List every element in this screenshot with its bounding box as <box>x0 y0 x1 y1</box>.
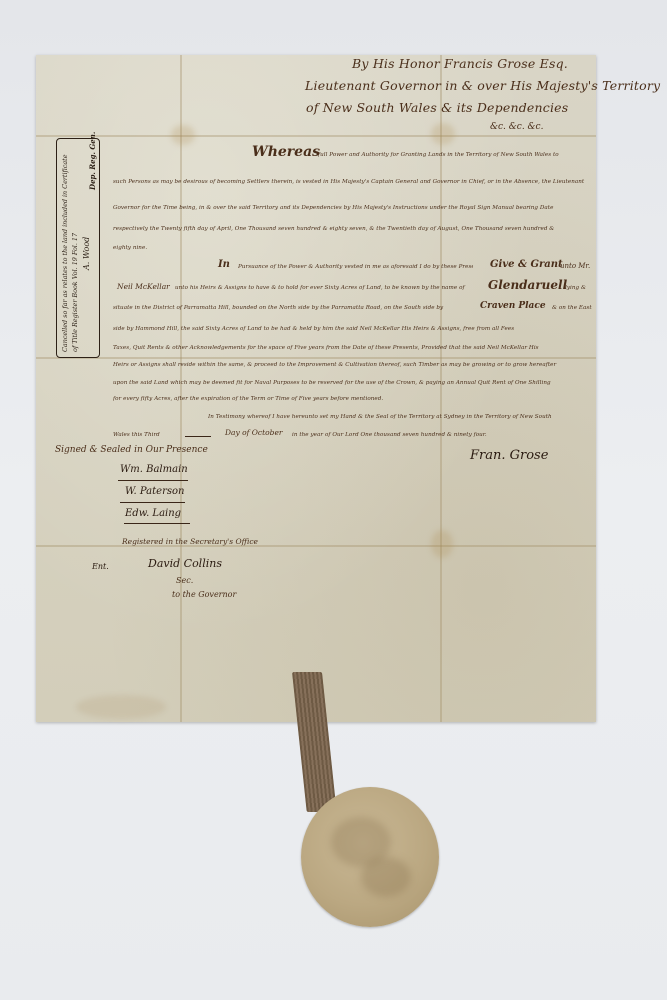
stain <box>431 530 453 558</box>
blank-line <box>185 436 211 437</box>
body-line: unto his Heirs & Assigns to have & to ho… <box>175 285 475 291</box>
stain <box>431 123 455 145</box>
craven-place: Craven Place <box>480 301 546 311</box>
body-line: such Persons as may be desirous of becom… <box>113 179 593 185</box>
give-grant: Give & Grant <box>490 259 563 270</box>
header-line-3: of New South Wales & its Dependencies <box>306 100 568 115</box>
signed-sealed-label: Signed & Sealed in Our Presence <box>55 445 208 455</box>
marginal-mark: Ent. <box>92 562 109 571</box>
witness-signature-2: W. Paterson <box>125 486 184 497</box>
body-line: in the year of Our Lord One thousand sev… <box>292 432 522 438</box>
body-line: side by Hammond Hill, the said Sixty Acr… <box>113 326 593 332</box>
registered-label: Registered in the Secretary's Office <box>122 537 258 546</box>
body-line: Governor for the Time being, in & over t… <box>113 205 593 211</box>
fold-line <box>36 357 596 359</box>
stain <box>76 695 166 719</box>
secretary-signature: David Collins <box>148 557 222 570</box>
body-line: Heirs or Assigns shall reside within the… <box>113 362 593 368</box>
witness-signature-1: Wm. Balmain <box>120 464 188 475</box>
body-line: Pursuance of the Power & Authority veste… <box>238 264 473 270</box>
body-line: respectively the Twenty fifth day of Apr… <box>113 226 593 232</box>
fold-line <box>180 55 182 722</box>
body-line: eighty nine. <box>113 245 213 251</box>
witness-signature-3: Edw. Laing <box>125 508 181 519</box>
margin-note-signature: A. Wood <box>82 237 91 270</box>
signature-flourish <box>118 480 188 481</box>
in-word: In <box>218 259 230 270</box>
margin-note-title: Dep. Reg. Gen. <box>88 132 97 190</box>
whereas-word: Whereas <box>252 144 320 160</box>
fold-line <box>36 135 596 137</box>
body-line: for every fifty Acres, after the expirat… <box>113 396 413 402</box>
margin-note-line-2: of Title Register Book Vol. 19 Fol. 17 <box>71 233 79 352</box>
body-line: lying & <box>565 285 595 291</box>
header-line-2: Lieutenant Governor in & over His Majest… <box>305 78 660 93</box>
secretary-title: Sec. <box>176 576 193 585</box>
to-mr: unto Mr. <box>560 262 590 270</box>
body-line: Taxes, Quit Rents & other Acknowledgemen… <box>113 345 593 351</box>
body-line: & on the East <box>552 305 594 311</box>
grantee-name: Neil McKellar <box>117 282 170 291</box>
margin-note-line-1: Cancelled so far as relates to the land … <box>61 154 69 352</box>
header-etc: &c. &c. &c. <box>490 122 543 132</box>
header-line-1: By His Honor Francis Grose Esq. <box>352 56 568 71</box>
stain <box>171 125 195 145</box>
day-of-month: Day of October <box>225 428 282 437</box>
body-line: situate in the District of Parramatta Hi… <box>113 305 483 311</box>
body-line: Wales this Third <box>113 432 188 438</box>
signature-flourish <box>124 523 190 524</box>
wax-seal <box>301 787 439 927</box>
signature-flourish <box>120 502 185 503</box>
seal-impression <box>361 857 411 897</box>
body-line: In Testimony whereof I have hereunto set… <box>208 414 593 420</box>
body-line: full Power and Authority for Granting La… <box>318 152 593 158</box>
for-governor-label: to the Governor <box>172 590 236 599</box>
governor-signature: Fran. Grose <box>470 448 548 463</box>
body-line: upon the said Land which may be deemed f… <box>113 380 593 386</box>
fold-line <box>36 545 596 547</box>
estate-name: Glendaruell <box>488 278 567 292</box>
